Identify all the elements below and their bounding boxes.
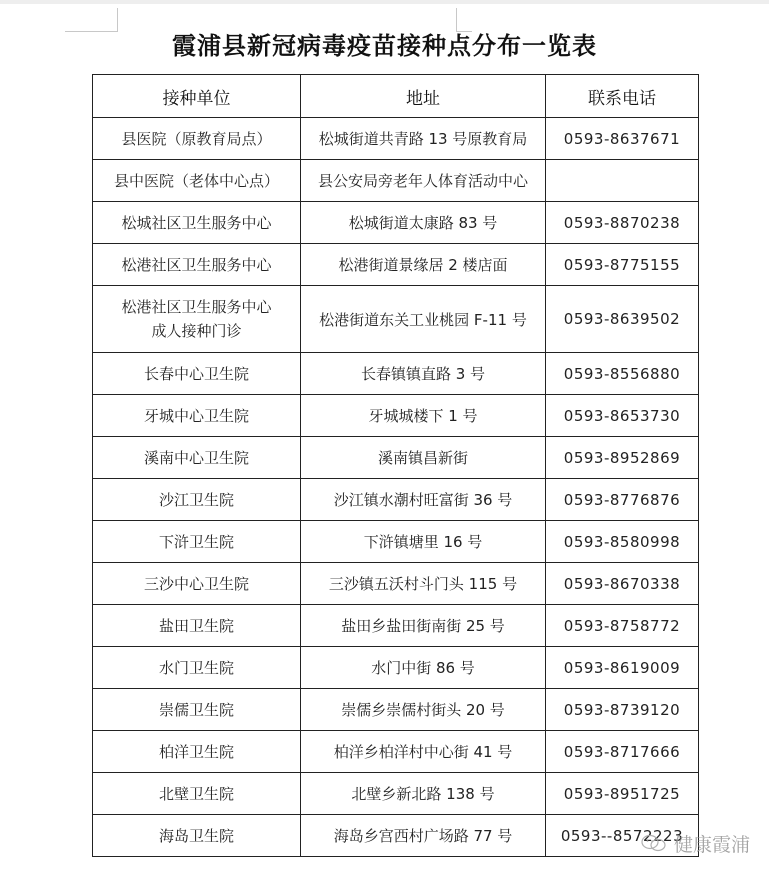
table-row: 松港社区卫生服务中心成人接种门诊松港街道东关工业桃园 F-11 号0593-86… — [93, 286, 699, 353]
cell-phone: 0593-8758772 — [546, 605, 699, 647]
cell-address: 沙江镇水潮村旺富街 36 号 — [301, 479, 546, 521]
cell-address: 长春镇镇直路 3 号 — [301, 353, 546, 395]
unit-name: 松港社区卫生服务中心 — [97, 295, 296, 319]
cell-phone: 0593-8580998 — [546, 521, 699, 563]
document-title: 霞浦县新冠病毒疫苗接种点分布一览表 — [0, 26, 769, 61]
cell-phone: 0593-8639502 — [546, 286, 699, 353]
cell-phone — [546, 160, 699, 202]
table-row: 松港社区卫生服务中心松港街道景缘居 2 楼店面0593-8775155 — [93, 244, 699, 286]
unit-name-line2: 成人接种门诊 — [97, 319, 296, 343]
cell-unit: 北壁卫生院 — [93, 773, 301, 815]
cell-phone: 0593-8717666 — [546, 731, 699, 773]
cell-address: 牙城城楼下 1 号 — [301, 395, 546, 437]
table-row: 长春中心卫生院长春镇镇直路 3 号0593-8556880 — [93, 353, 699, 395]
table-row: 牙城中心卫生院牙城城楼下 1 号0593-8653730 — [93, 395, 699, 437]
watermark-text: 健康霞浦 — [674, 830, 750, 857]
cell-address: 水门中街 86 号 — [301, 647, 546, 689]
cell-unit: 水门卫生院 — [93, 647, 301, 689]
cell-address: 溪南镇昌新街 — [301, 437, 546, 479]
cell-phone: 0593-8739120 — [546, 689, 699, 731]
unit-name: 长春中心卫生院 — [97, 362, 296, 386]
cell-address: 松城街道共青路 13 号原教育局 — [301, 118, 546, 160]
table-row: 崇儒卫生院崇儒乡崇儒村街头 20 号0593-8739120 — [93, 689, 699, 731]
header-phone: 联系电话 — [546, 75, 699, 118]
table-row: 松城社区卫生服务中心松城街道太康路 83 号0593-8870238 — [93, 202, 699, 244]
cell-address: 松港街道东关工业桃园 F-11 号 — [301, 286, 546, 353]
cell-unit: 长春中心卫生院 — [93, 353, 301, 395]
cell-unit: 县中医院（老体中心点） — [93, 160, 301, 202]
cell-phone: 0593-8870238 — [546, 202, 699, 244]
cell-unit: 沙江卫生院 — [93, 479, 301, 521]
watermark: 健康霞浦 — [640, 830, 750, 856]
cell-address: 县公安局旁老年人体育活动中心 — [301, 160, 546, 202]
header-unit: 接种单位 — [93, 75, 301, 118]
table-row: 下浒卫生院下浒镇塘里 16 号0593-8580998 — [93, 521, 699, 563]
cell-address: 海岛乡宫西村广场路 77 号 — [301, 815, 546, 857]
table-row: 溪南中心卫生院溪南镇昌新街0593-8952869 — [93, 437, 699, 479]
unit-name: 柏洋卫生院 — [97, 740, 296, 764]
cell-unit: 盐田卫生院 — [93, 605, 301, 647]
unit-name: 崇儒卫生院 — [97, 698, 296, 722]
table-row: 沙江卫生院沙江镇水潮村旺富街 36 号0593-8776876 — [93, 479, 699, 521]
unit-name: 县中医院（老体中心点） — [97, 169, 296, 193]
unit-name: 水门卫生院 — [97, 656, 296, 680]
cell-phone: 0593-8951725 — [546, 773, 699, 815]
unit-name: 沙江卫生院 — [97, 488, 296, 512]
cell-address: 三沙镇五沃村斗门头 115 号 — [301, 563, 546, 605]
table-row: 海岛卫生院海岛乡宫西村广场路 77 号0593--8572223 — [93, 815, 699, 857]
cell-phone: 0593-8637671 — [546, 118, 699, 160]
table-header-row: 接种单位 地址 联系电话 — [93, 75, 699, 118]
cell-address: 松港街道景缘居 2 楼店面 — [301, 244, 546, 286]
unit-name: 县医院（原教育局点） — [97, 127, 296, 151]
cell-phone: 0593-8619009 — [546, 647, 699, 689]
unit-name: 盐田卫生院 — [97, 614, 296, 638]
cell-phone: 0593-8952869 — [546, 437, 699, 479]
table-row: 北壁卫生院北壁乡新北路 138 号0593-8951725 — [93, 773, 699, 815]
cell-address: 柏洋乡柏洋村中心街 41 号 — [301, 731, 546, 773]
table-row: 县中医院（老体中心点）县公安局旁老年人体育活动中心 — [93, 160, 699, 202]
cell-unit: 崇儒卫生院 — [93, 689, 301, 731]
cell-unit: 三沙中心卫生院 — [93, 563, 301, 605]
unit-name: 溪南中心卫生院 — [97, 446, 296, 470]
wechat-icon — [640, 833, 668, 853]
cell-phone: 0593-8776876 — [546, 479, 699, 521]
cell-unit: 松港社区卫生服务中心 — [93, 244, 301, 286]
cell-unit: 海岛卫生院 — [93, 815, 301, 857]
cell-unit: 柏洋卫生院 — [93, 731, 301, 773]
unit-name: 松城社区卫生服务中心 — [97, 211, 296, 235]
cell-phone: 0593-8775155 — [546, 244, 699, 286]
cell-unit: 松港社区卫生服务中心成人接种门诊 — [93, 286, 301, 353]
table-row: 三沙中心卫生院三沙镇五沃村斗门头 115 号0593-8670338 — [93, 563, 699, 605]
unit-name: 牙城中心卫生院 — [97, 404, 296, 428]
unit-name: 三沙中心卫生院 — [97, 572, 296, 596]
cell-unit: 牙城中心卫生院 — [93, 395, 301, 437]
table-row: 县医院（原教育局点）松城街道共青路 13 号原教育局0593-8637671 — [93, 118, 699, 160]
unit-name: 下浒卫生院 — [97, 530, 296, 554]
cell-address: 下浒镇塘里 16 号 — [301, 521, 546, 563]
cell-phone: 0593-8653730 — [546, 395, 699, 437]
header-address: 地址 — [301, 75, 546, 118]
table-row: 水门卫生院水门中街 86 号0593-8619009 — [93, 647, 699, 689]
cell-address: 北壁乡新北路 138 号 — [301, 773, 546, 815]
page-top-edge — [0, 0, 769, 4]
cell-address: 崇儒乡崇儒村街头 20 号 — [301, 689, 546, 731]
cell-phone: 0593-8670338 — [546, 563, 699, 605]
cell-address: 松城街道太康路 83 号 — [301, 202, 546, 244]
table-row: 盐田卫生院盐田乡盐田街南街 25 号0593-8758772 — [93, 605, 699, 647]
vaccination-sites-table: 接种单位 地址 联系电话 县医院（原教育局点）松城街道共青路 13 号原教育局0… — [92, 74, 699, 857]
cell-unit: 松城社区卫生服务中心 — [93, 202, 301, 244]
cell-address: 盐田乡盐田街南街 25 号 — [301, 605, 546, 647]
cell-unit: 下浒卫生院 — [93, 521, 301, 563]
cell-unit: 溪南中心卫生院 — [93, 437, 301, 479]
cell-phone: 0593-8556880 — [546, 353, 699, 395]
unit-name: 松港社区卫生服务中心 — [97, 253, 296, 277]
cell-unit: 县医院（原教育局点） — [93, 118, 301, 160]
unit-name: 北壁卫生院 — [97, 782, 296, 806]
unit-name: 海岛卫生院 — [97, 824, 296, 848]
table-row: 柏洋卫生院柏洋乡柏洋村中心街 41 号0593-8717666 — [93, 731, 699, 773]
